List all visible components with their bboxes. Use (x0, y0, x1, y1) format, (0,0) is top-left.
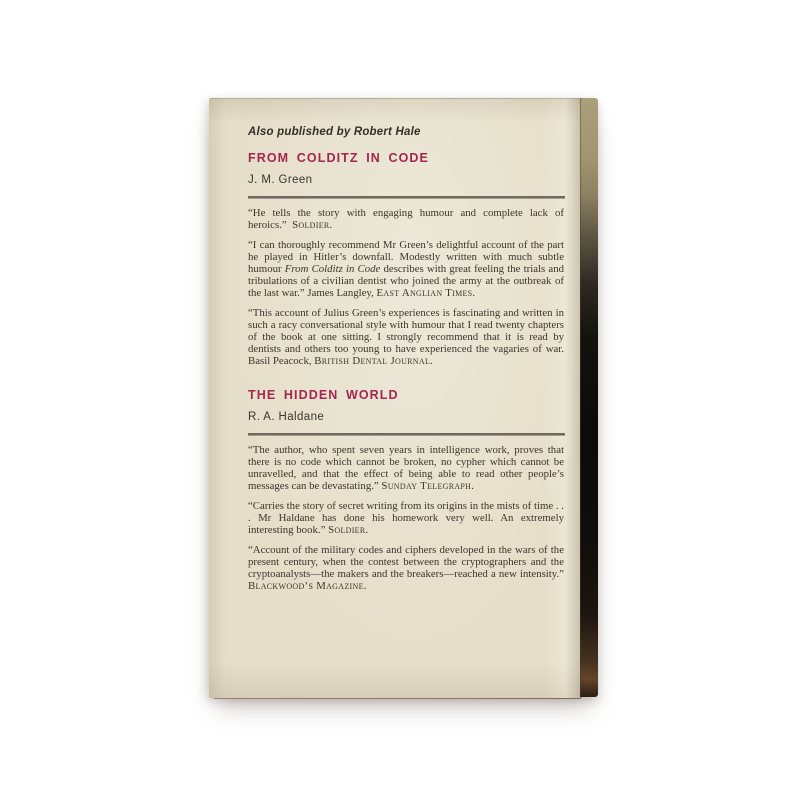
review-quotes: “He tells the story with engaging humour… (248, 207, 564, 367)
publication-name: East Anglian Times. (377, 287, 476, 299)
section-from-colditz-in-code: FROM COLDITZ IN CODE J. M. Green “He tel… (248, 151, 564, 367)
publication-name: Blackwood’s Magazine. (248, 580, 367, 592)
divider-rule (248, 433, 565, 436)
divider-rule (248, 196, 565, 199)
review-quote: “This account of Julius Green’s experien… (248, 307, 564, 367)
review-quote: “Carries the story of secret writing fro… (248, 500, 564, 536)
book-photo: Also published by Robert Hale FROM COLDI… (0, 0, 800, 800)
book-title-inline: From Colditz in Code (285, 263, 381, 275)
jacket-fold-edge (580, 98, 598, 697)
book-author: J. M. Green (248, 173, 564, 187)
publication-name: Soldier. (328, 524, 368, 536)
section-the-hidden-world: THE HIDDEN WORLD R. A. Haldane “The auth… (248, 388, 564, 592)
cover-content: Also published by Robert Hale FROM COLDI… (209, 99, 580, 592)
book-title: FROM COLDITZ IN CODE (248, 151, 564, 166)
review-quotes: “The author, who spent seven years in in… (248, 444, 564, 592)
publication-name: Sunday Telegraph. (381, 480, 474, 492)
review-quote: “Account of the military codes and ciphe… (248, 544, 564, 592)
quote-text: “Account of the military codes and ciphe… (248, 544, 564, 580)
publication-name: British Dental Journal. (314, 355, 433, 367)
quote-text: “Carries the story of secret writing fro… (248, 500, 564, 536)
dust-jacket-back: Also published by Robert Hale FROM COLDI… (209, 98, 580, 698)
review-quote: “I can thoroughly recommend Mr Green’s d… (248, 239, 564, 299)
review-quote: “The author, who spent seven years in in… (248, 444, 564, 492)
book-title: THE HIDDEN WORLD (248, 388, 564, 403)
review-quote: “He tells the story with engaging humour… (248, 207, 564, 231)
publication-name: Soldier. (292, 219, 332, 231)
book-author: R. A. Haldane (248, 410, 564, 424)
publisher-heading: Also published by Robert Hale (248, 125, 564, 139)
book-back-cover: Also published by Robert Hale FROM COLDI… (209, 98, 598, 697)
